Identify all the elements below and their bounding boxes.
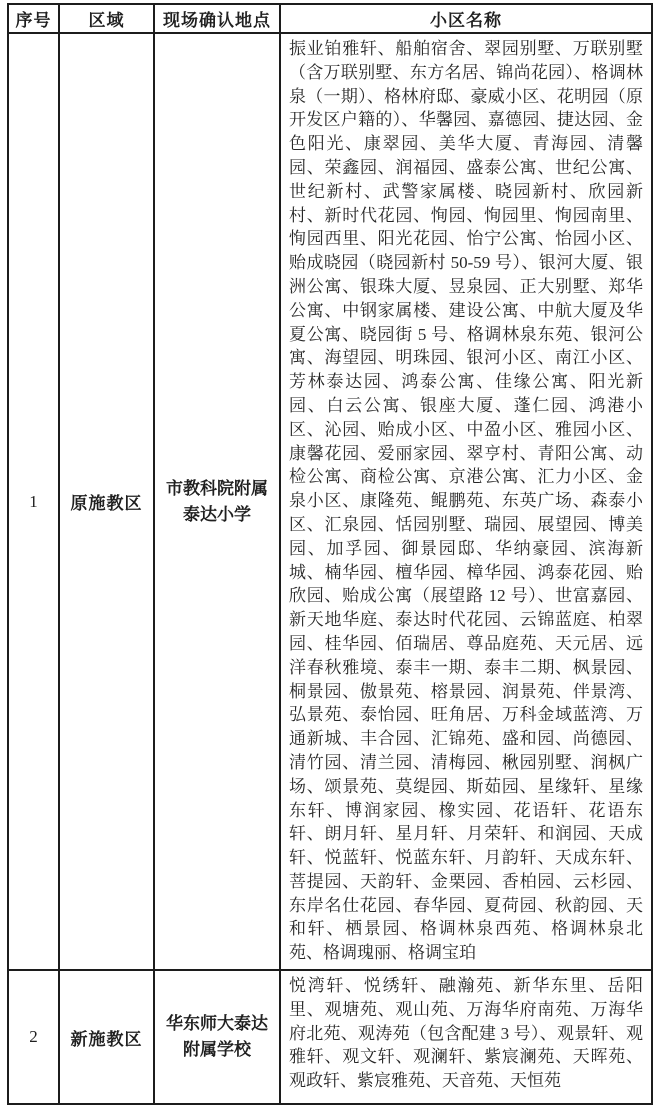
header-cell-serial-number: 序号 — [8, 4, 59, 33]
header-row: 序号 区域 现场确认地点 小区名称 — [8, 4, 652, 33]
region-value: 新施教区 — [59, 970, 154, 1083]
table-row-new-district: 2 新施教区 华东师大泰达附属学校 悦湾轩、悦绣轩、融瀚苑、新华东里、岳阳里、观… — [8, 970, 652, 1083]
district-table-wrapper: 序号 区域 现场确认地点 小区名称 1 原施教区 市教科院附属泰达小学 振业铂雅… — [7, 3, 653, 1083]
serial-number-value: 2 — [8, 970, 59, 1083]
header-cell-region: 区域 — [59, 4, 154, 33]
region-value: 原施教区 — [59, 33, 154, 970]
community-list: 振业铂雅轩、船舶宿舍、翠园别墅、万联别墅（含万联别墅、东方名居、锦尚花园）、格调… — [280, 33, 652, 970]
header-cell-confirmation-location: 现场确认地点 — [154, 4, 280, 33]
school-district-table: 序号 区域 现场确认地点 小区名称 1 原施教区 市教科院附属泰达小学 振业铂雅… — [7, 3, 653, 1083]
confirmation-location-value: 市教科院附属泰达小学 — [154, 33, 280, 970]
confirmation-location-value: 华东师大泰达附属学校 — [154, 970, 280, 1083]
table-row-original-district: 1 原施教区 市教科院附属泰达小学 振业铂雅轩、船舶宿舍、翠园别墅、万联别墅（含… — [8, 33, 652, 970]
community-list: 悦湾轩、悦绣轩、融瀚苑、新华东里、岳阳里、观塘苑、观山苑、万海华府南苑、万海华府… — [280, 970, 652, 1083]
header-cell-community-name: 小区名称 — [280, 4, 652, 33]
serial-number-value: 1 — [8, 33, 59, 970]
